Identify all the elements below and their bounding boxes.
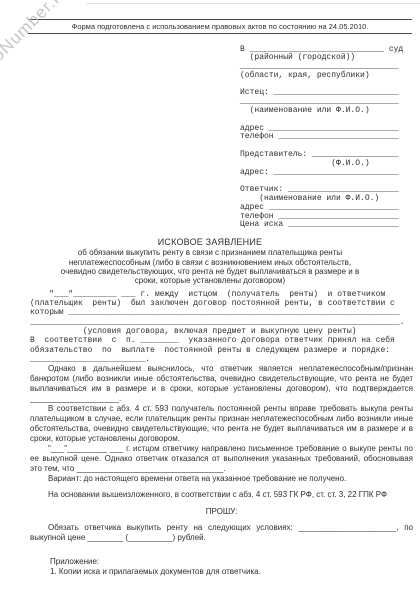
- appendix-title: Приложение:: [50, 557, 413, 567]
- claim-title: ИСКОВОЕ ЗАЯВЛЕНИЕ: [0, 237, 420, 247]
- prepared-note-text: Форма подготовлена с использованием прав…: [72, 22, 369, 31]
- request-heading: ПРОШУ:: [30, 507, 413, 517]
- scan-edge-line: [86, 3, 420, 4]
- watermark: NoNumber.ru: [0, 0, 72, 75]
- appendix-item: 1. Копии иска и прилагаемых документов д…: [50, 567, 413, 577]
- paragraph-written-demand: "___"_________ ___ г. истцом ответчику н…: [30, 444, 413, 474]
- prepared-note-band: Форма подготовлена с использованием прав…: [28, 19, 412, 34]
- paragraph-article-593: В соответствии с абз. 4 ст. 593 получате…: [30, 404, 413, 444]
- claim-subtitle: об обязании выкупить ренту в связи с при…: [60, 248, 360, 286]
- claim-body: Однако в дальнейшем выяснилось, что отве…: [30, 364, 413, 577]
- appendix-block: Приложение: 1. Копии иска и прилагаемых …: [50, 557, 413, 577]
- paragraph-legal-basis: На основании вышеизложенного, в соответс…: [30, 490, 413, 500]
- paragraph-variant: Вариант: до настоящего времени ответа на…: [30, 474, 413, 484]
- claim-title-block: ИСКОВОЕ ЗАЯВЛЕНИЕ об обязании выкупить р…: [0, 237, 420, 286]
- paragraph-request: Обязать ответчика выкупить ренту на след…: [30, 523, 413, 543]
- contract-facts-block: "___"_________ ___ г. между истцом (полу…: [30, 290, 412, 364]
- paragraph-insolvency: Однако в дальнейшем выяснилось, что отве…: [30, 364, 413, 404]
- court-header-block: В ____________________________ суд (райо…: [240, 46, 414, 231]
- document-page: NoNumber.ru Форма подготовлена с использ…: [0, 0, 420, 600]
